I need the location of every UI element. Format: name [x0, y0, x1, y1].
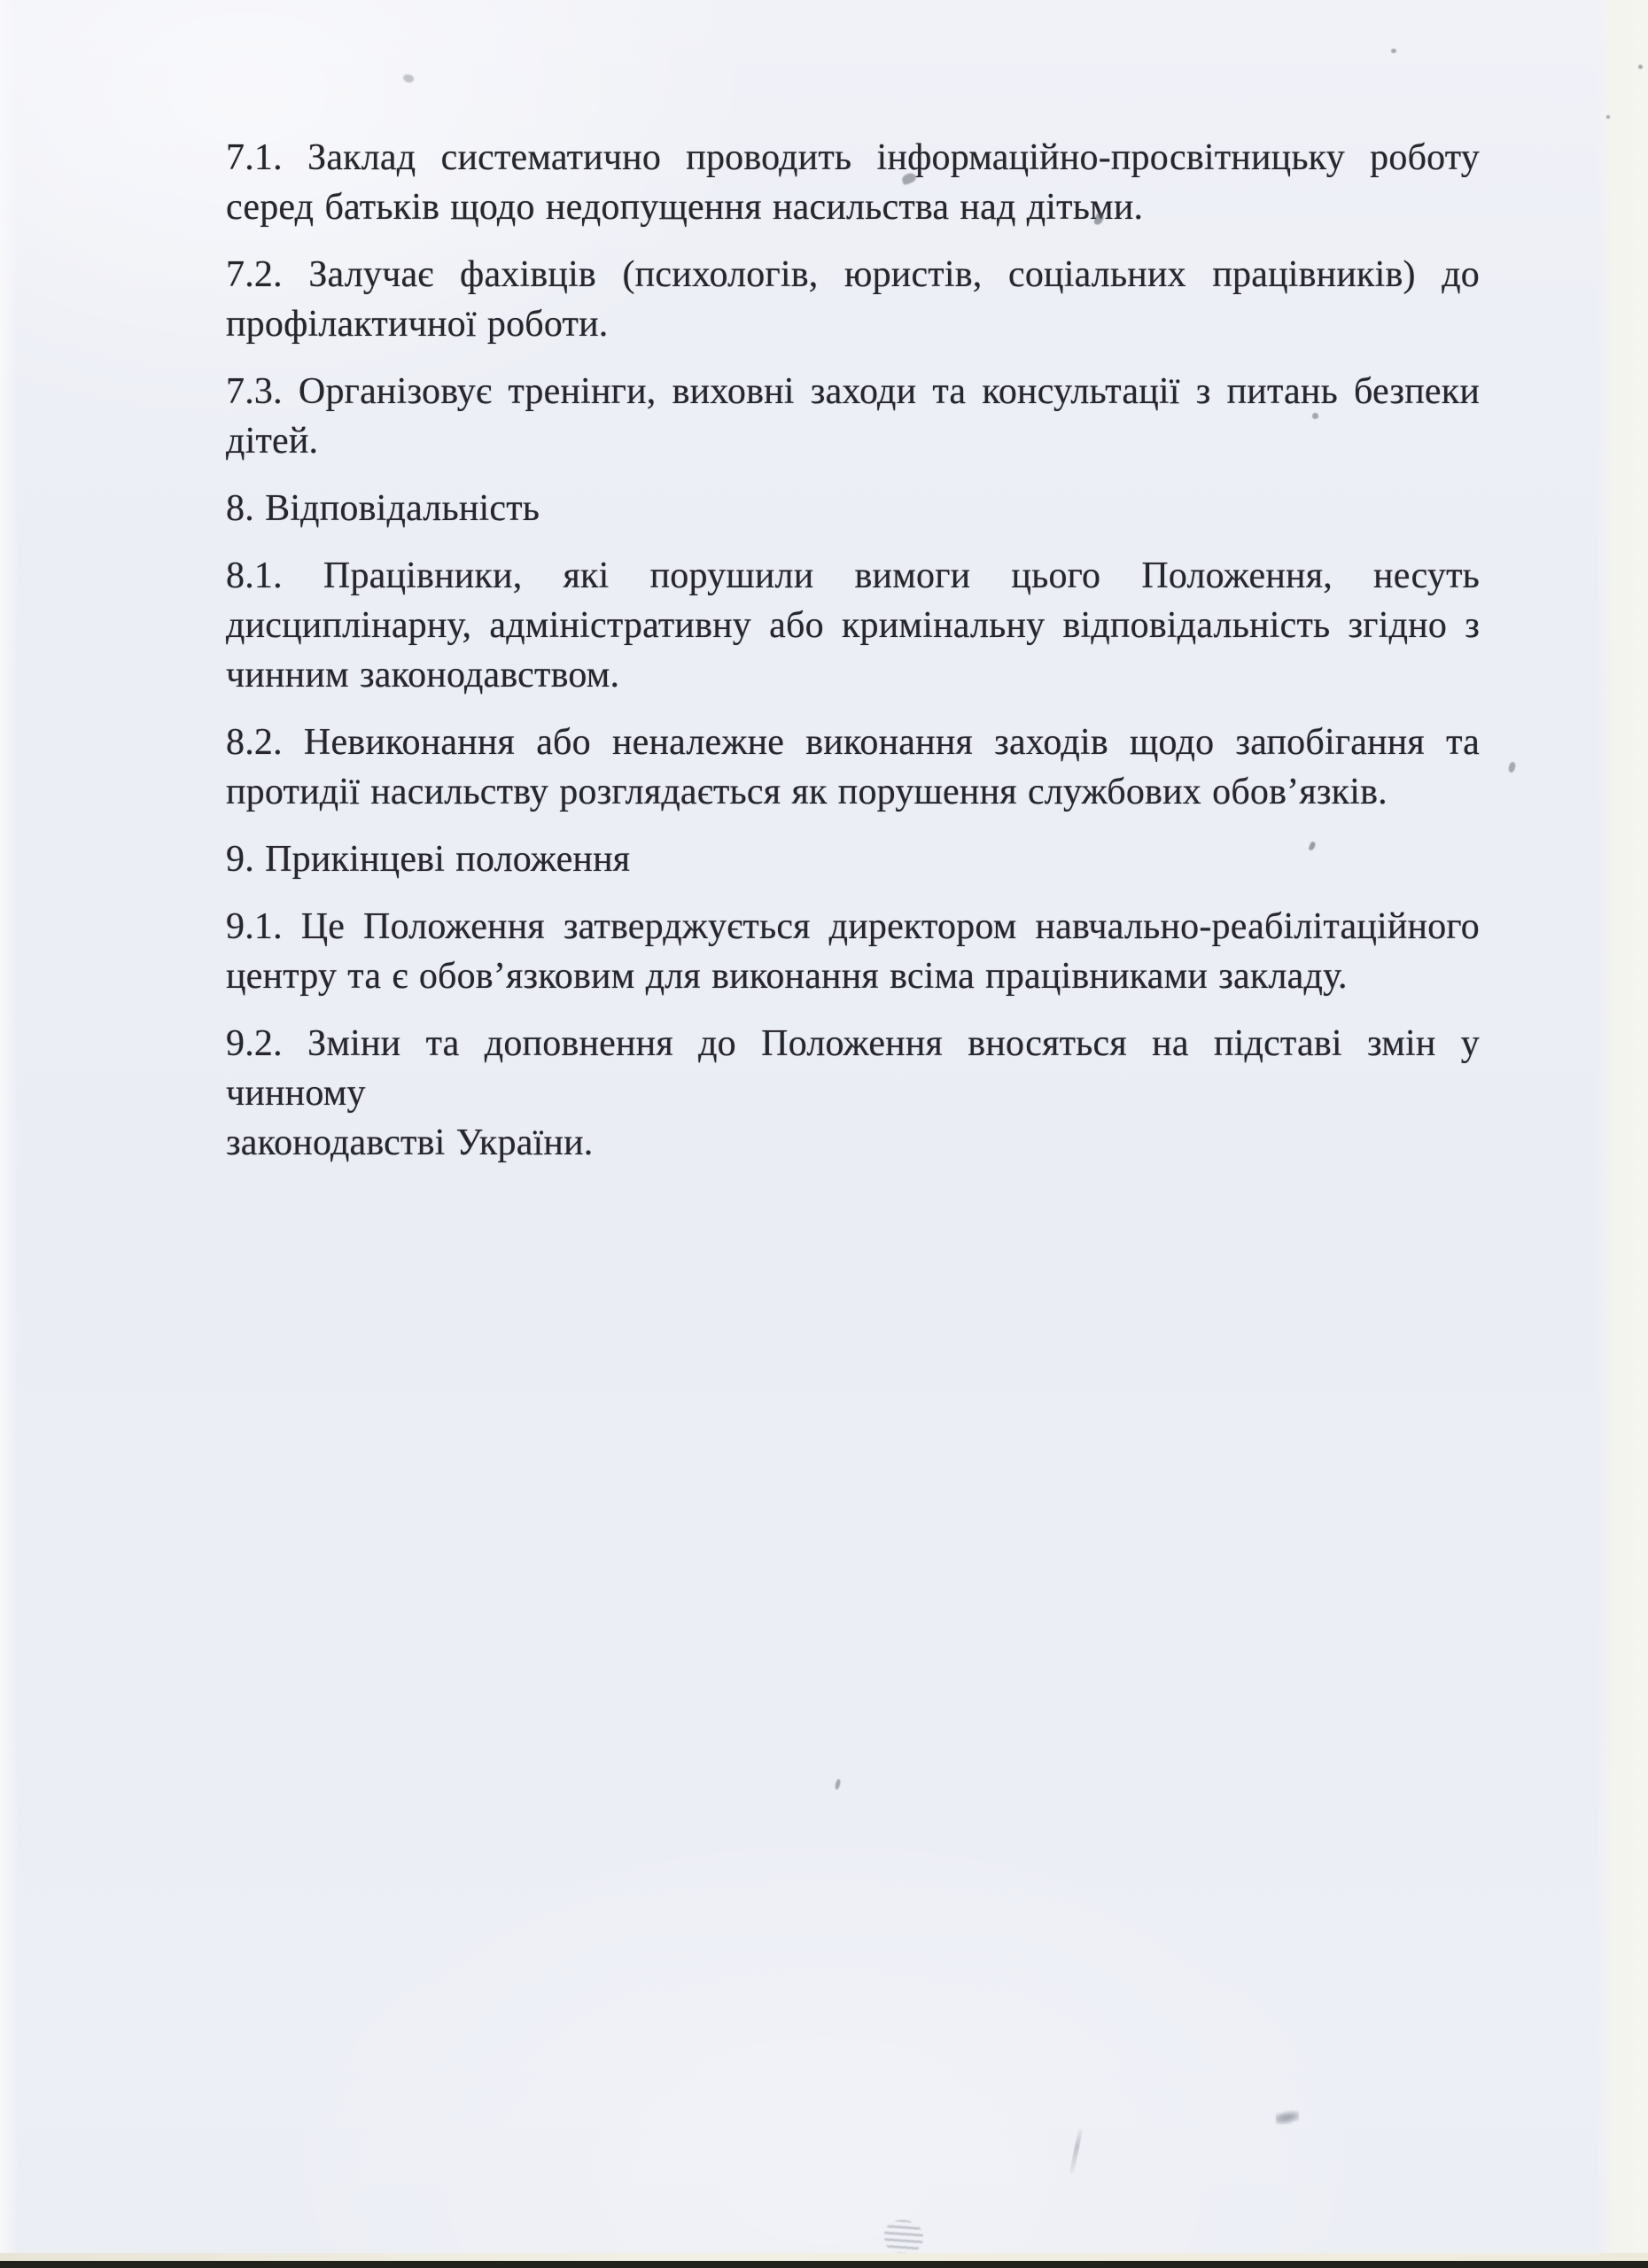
heading-line: 8. Відповідальність — [226, 484, 1480, 533]
paragraph-9-2: 9.2. Зміни та доповнення до Положення вн… — [226, 1019, 1480, 1168]
paragraph-7-3: 7.3. Організовує тренінги, виховні заход… — [226, 367, 1480, 466]
text-line: протидії насильству розглядається як пор… — [226, 767, 1480, 817]
scanned-page: 7.1. Заклад систематично проводить інфор… — [0, 0, 1648, 2268]
text-line: профілактичної роботи. — [226, 299, 1480, 349]
text-line: 7.2. Залучає фахівців (психологів, юрист… — [226, 250, 1480, 299]
document-text: 7.1. Заклад систематично проводить інфор… — [226, 133, 1480, 1185]
paragraph-7-1: 7.1. Заклад систематично проводить інфор… — [226, 133, 1480, 232]
heading-8: 8. Відповідальність — [226, 484, 1480, 533]
text-line: центру та є обов’язковим для виконання в… — [226, 951, 1480, 1001]
text-line: дітей. — [226, 416, 1480, 466]
paragraph-8-2: 8.2. Невиконання або неналежне виконання… — [226, 718, 1480, 817]
text-line: серед батьків щодо недопущення насильств… — [226, 183, 1480, 232]
text-line: 8.1. Працівники, які порушили вимоги цьо… — [226, 551, 1480, 601]
text-line: 8.2. Невиконання або неналежне виконання… — [226, 718, 1480, 767]
text-line: 9.2. Зміни та доповнення до Положення вн… — [226, 1019, 1480, 1118]
paragraph-9-1: 9.1. Це Положення затверджується директо… — [226, 902, 1480, 1001]
text-line: законодавстві України. — [226, 1118, 1480, 1168]
text-line: 7.1. Заклад систематично проводить інфор… — [226, 133, 1480, 183]
scanner-bed-line — [0, 2253, 1648, 2261]
left-scan-edge — [0, 0, 18, 2268]
paragraph-8-1: 8.1. Працівники, які порушили вимоги цьо… — [226, 551, 1480, 700]
paragraph-7-2: 7.2. Залучає фахівців (психологів, юрист… — [226, 250, 1480, 349]
text-line: 9.1. Це Положення затверджується директо… — [226, 902, 1480, 951]
right-scan-edge — [1597, 0, 1648, 2268]
scanner-bed-edge — [0, 2261, 1648, 2268]
heading-line: 9. Прикінцеві положення — [226, 835, 1480, 884]
heading-9: 9. Прикінцеві положення — [226, 835, 1480, 884]
text-line: чинним законодавством. — [226, 650, 1480, 700]
text-line: 7.3. Організовує тренінги, виховні заход… — [226, 367, 1480, 416]
text-line: дисциплінарну, адміністративну або кримі… — [226, 601, 1480, 650]
